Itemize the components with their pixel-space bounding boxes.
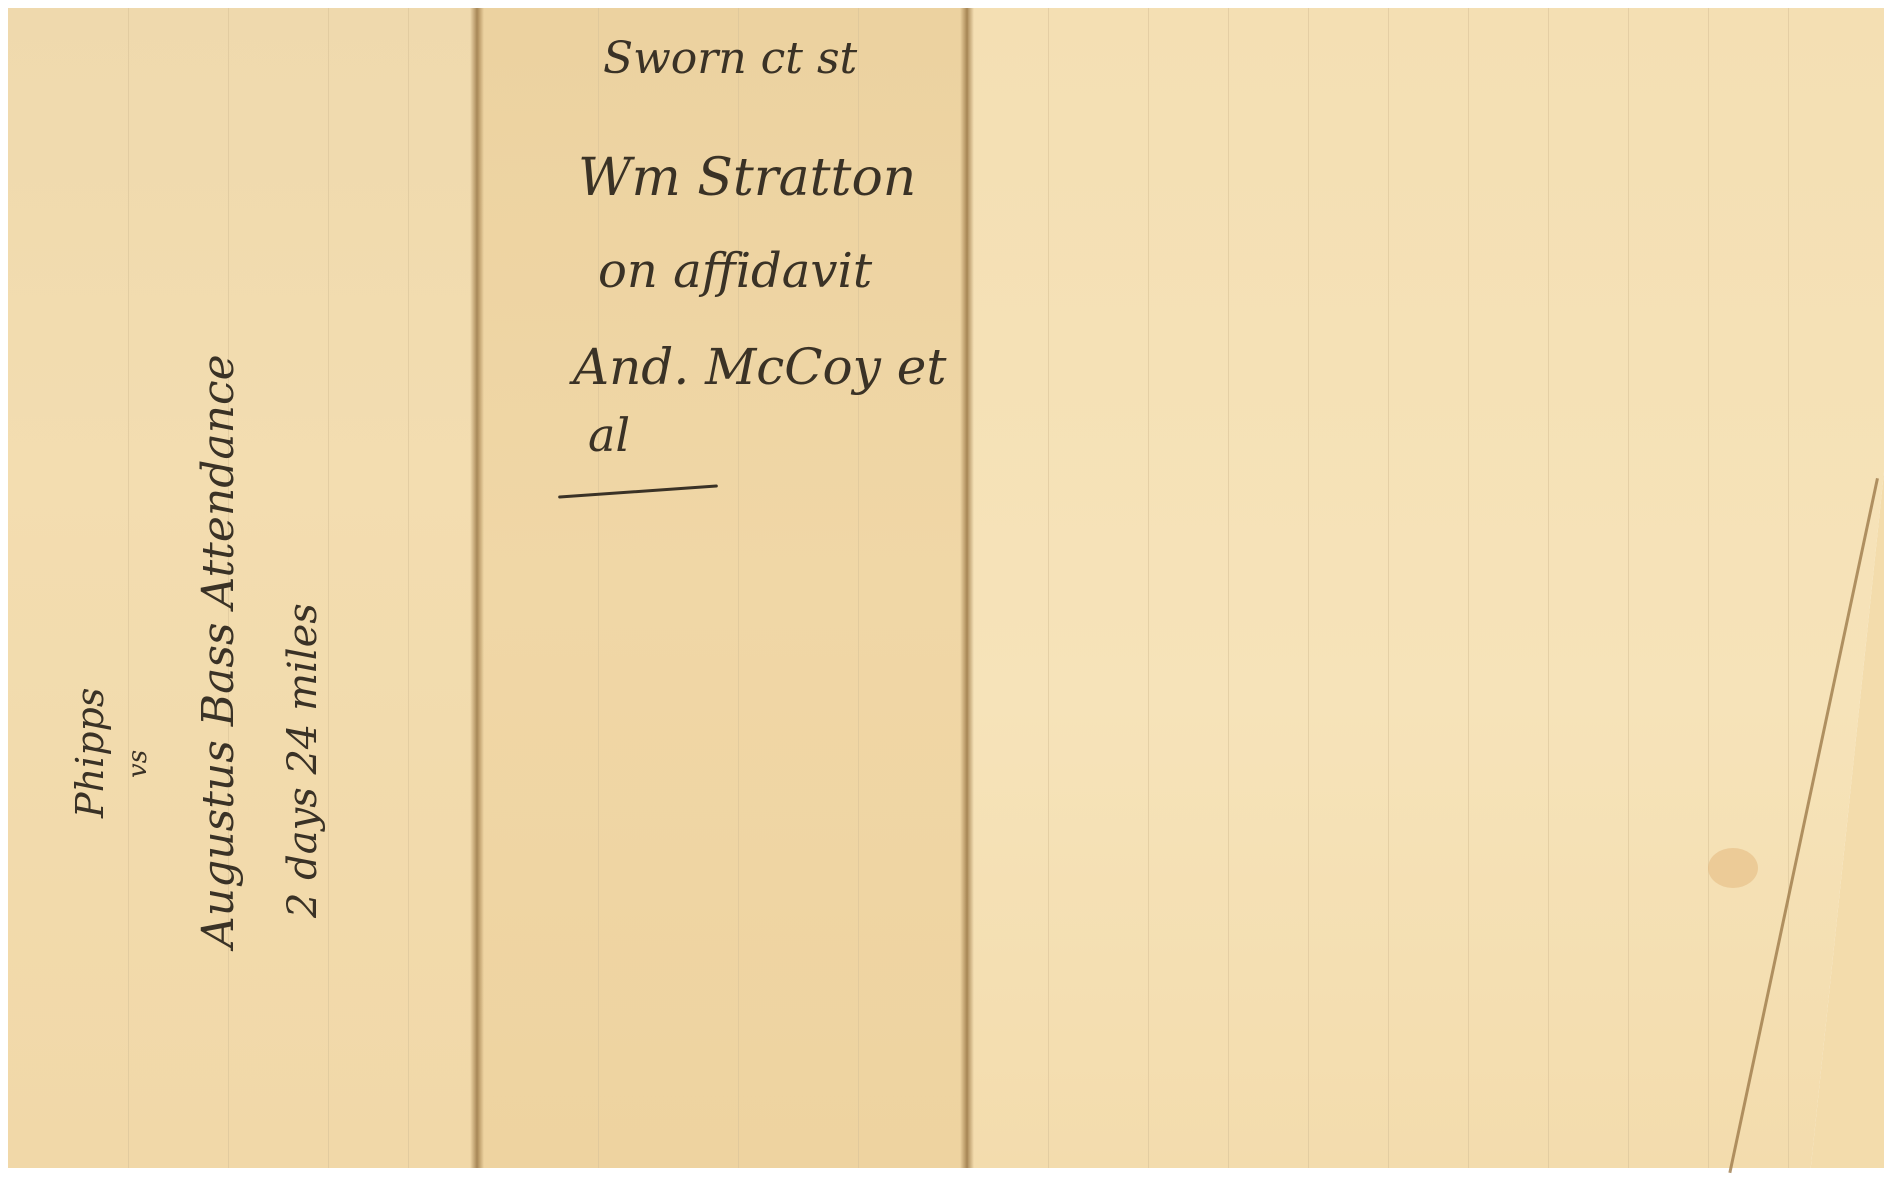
sworn-note: Sworn ct st	[603, 33, 857, 84]
versus-label: vs	[123, 750, 153, 778]
defendant-name: And. McCoy et	[573, 338, 947, 396]
fold-line	[470, 8, 484, 1168]
stain	[1708, 848, 1758, 888]
witness-attendance: Augustus Bass Attendance	[193, 354, 244, 948]
middle-panel: Sworn ct st Wm Stratton on affidavit And…	[478, 8, 968, 1168]
plaintiff-name: Phipps	[68, 688, 112, 818]
fold-line	[960, 8, 974, 1168]
et-al: al	[588, 408, 630, 462]
affidavit-note: on affidavit	[598, 243, 872, 299]
document-sheet: Phipps vs Augustus Bass Attendance 2 day…	[8, 8, 1884, 1168]
days-miles: 2 days 24 miles	[280, 603, 326, 918]
right-panel	[968, 8, 1884, 1168]
left-panel: Phipps vs Augustus Bass Attendance 2 day…	[8, 8, 478, 1168]
witness-name: Wm Stratton	[578, 148, 916, 208]
underline	[558, 484, 718, 498]
